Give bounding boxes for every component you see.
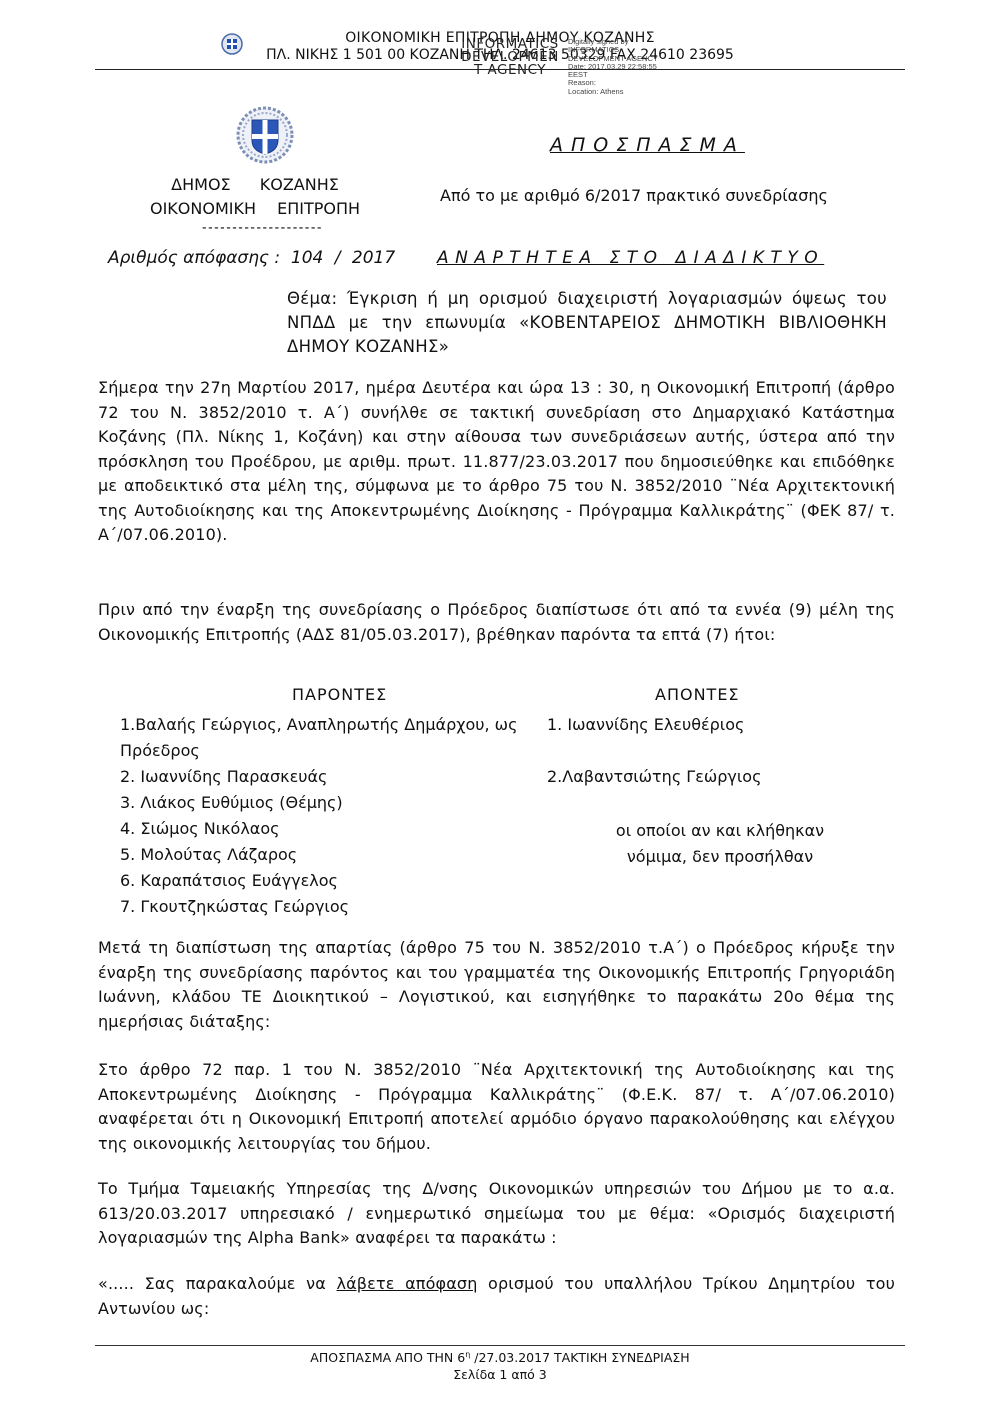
absent-members-list: 1. Ιωαννίδης Ελευθέριος 2.Λαβαντσιώτης Γ… bbox=[547, 712, 761, 816]
municipality-name: ΔΗΜΟΣ ΚΟΖΑΝΗΣ bbox=[110, 173, 400, 197]
list-item: 1. Ιωαννίδης Ελευθέριος bbox=[547, 712, 761, 764]
signature-signer: INFORMATICS DEVELOPMEN T AGENCY bbox=[460, 38, 560, 77]
underlined-phrase: λάβετε απόφαση bbox=[336, 1274, 477, 1293]
absent-note: οι οποίοι αν και κλήθηκαν νόμιμα, δεν πρ… bbox=[560, 818, 880, 870]
publish-notice: ΑΝΑΡΤΗΤΕΑ ΣΤΟ ΔΙΑΔΙΚΤΥΟ bbox=[437, 248, 824, 268]
list-item: 3. Λιάκος Ευθύμιος (Θέμης) bbox=[120, 790, 540, 816]
paragraph-request: «..... Σας παρακαλούμε να λάβετε απόφαση… bbox=[98, 1272, 895, 1321]
coat-of-arms-icon bbox=[236, 106, 294, 164]
list-item: 1.Βαλαής Γεώργιος, Αναπληρωτής Δημάρχου,… bbox=[120, 712, 540, 764]
committee-name: ΟΙΚΟΝΟΜΙΚΗ ΕΠΙΤΡΟΠΗ bbox=[110, 197, 400, 221]
document-title: ΑΠΟΣΠΑΣΜΑ bbox=[550, 134, 745, 156]
page-number: Σελίδα 1 από 3 bbox=[0, 1367, 1000, 1382]
decision-number: Αριθμός απόφασης : 104 / 2017 bbox=[108, 248, 395, 268]
list-item: 5. Μολούτας Λάζαρος bbox=[120, 842, 540, 868]
paragraph-quorum: Πριν από την έναρξη της συνεδρίασης ο Πρ… bbox=[98, 598, 895, 647]
paragraph-legal-basis: Στο άρθρο 72 παρ. 1 του Ν. 3852/2010 ¨Νέ… bbox=[98, 1058, 895, 1156]
subject: Θέμα: Έγκριση ή μη ορισμού διαχειριστή λ… bbox=[287, 287, 887, 359]
signature-details: Digitally signed by INFORMATICS DEVELOPM… bbox=[568, 38, 658, 96]
paragraph-opening: Μετά τη διαπίστωση της απαρτίας (άρθρο 7… bbox=[98, 936, 895, 1034]
list-item: 4. Σιώμος Νικόλαος bbox=[120, 816, 540, 842]
present-heading: ΠΑΡΟΝΤΕΣ bbox=[292, 685, 387, 704]
paragraph-meeting-intro: Σήμερα την 27η Μαρτίου 2017, ημέρα Δευτέ… bbox=[98, 376, 895, 548]
minutes-reference: Από το με αριθμό 6/2017 πρακτικό συνεδρί… bbox=[440, 186, 828, 205]
list-item: 2.Λαβαντσιώτης Γεώργιος bbox=[547, 764, 761, 816]
footer-rule bbox=[95, 1345, 905, 1346]
separator-dashes: -------------------- bbox=[145, 220, 380, 236]
list-item: 2. Ιωαννίδης Παρασκευάς bbox=[120, 764, 540, 790]
issuer-block: ΔΗΜΟΣ ΚΟΖΑΝΗΣ ΟΙΚΟΝΟΜΙΚΗ ΕΠΙΤΡΟΠΗ bbox=[110, 173, 400, 221]
list-item: 7. Γκουτζηκώστας Γεώργιος bbox=[120, 894, 540, 920]
decision-number-value: 104 / 2017 bbox=[291, 248, 395, 268]
absent-heading: ΑΠΟΝΤΕΣ bbox=[655, 685, 740, 704]
paragraph-treasury-memo: Το Τμήμα Ταμειακής Υπηρεσίας της Δ/νσης … bbox=[98, 1177, 895, 1251]
present-members-list: 1.Βαλαής Γεώργιος, Αναπληρωτής Δημάρχου,… bbox=[120, 712, 540, 920]
footer-title: ΑΠΟΣΠΑΣΜΑ ΑΠΟ ΤΗΝ 6η /27.03.2017 ΤΑΚΤΙΚΗ… bbox=[0, 1350, 1000, 1365]
list-item: 6. Καραπάτσιος Ευάγγελος bbox=[120, 868, 540, 894]
